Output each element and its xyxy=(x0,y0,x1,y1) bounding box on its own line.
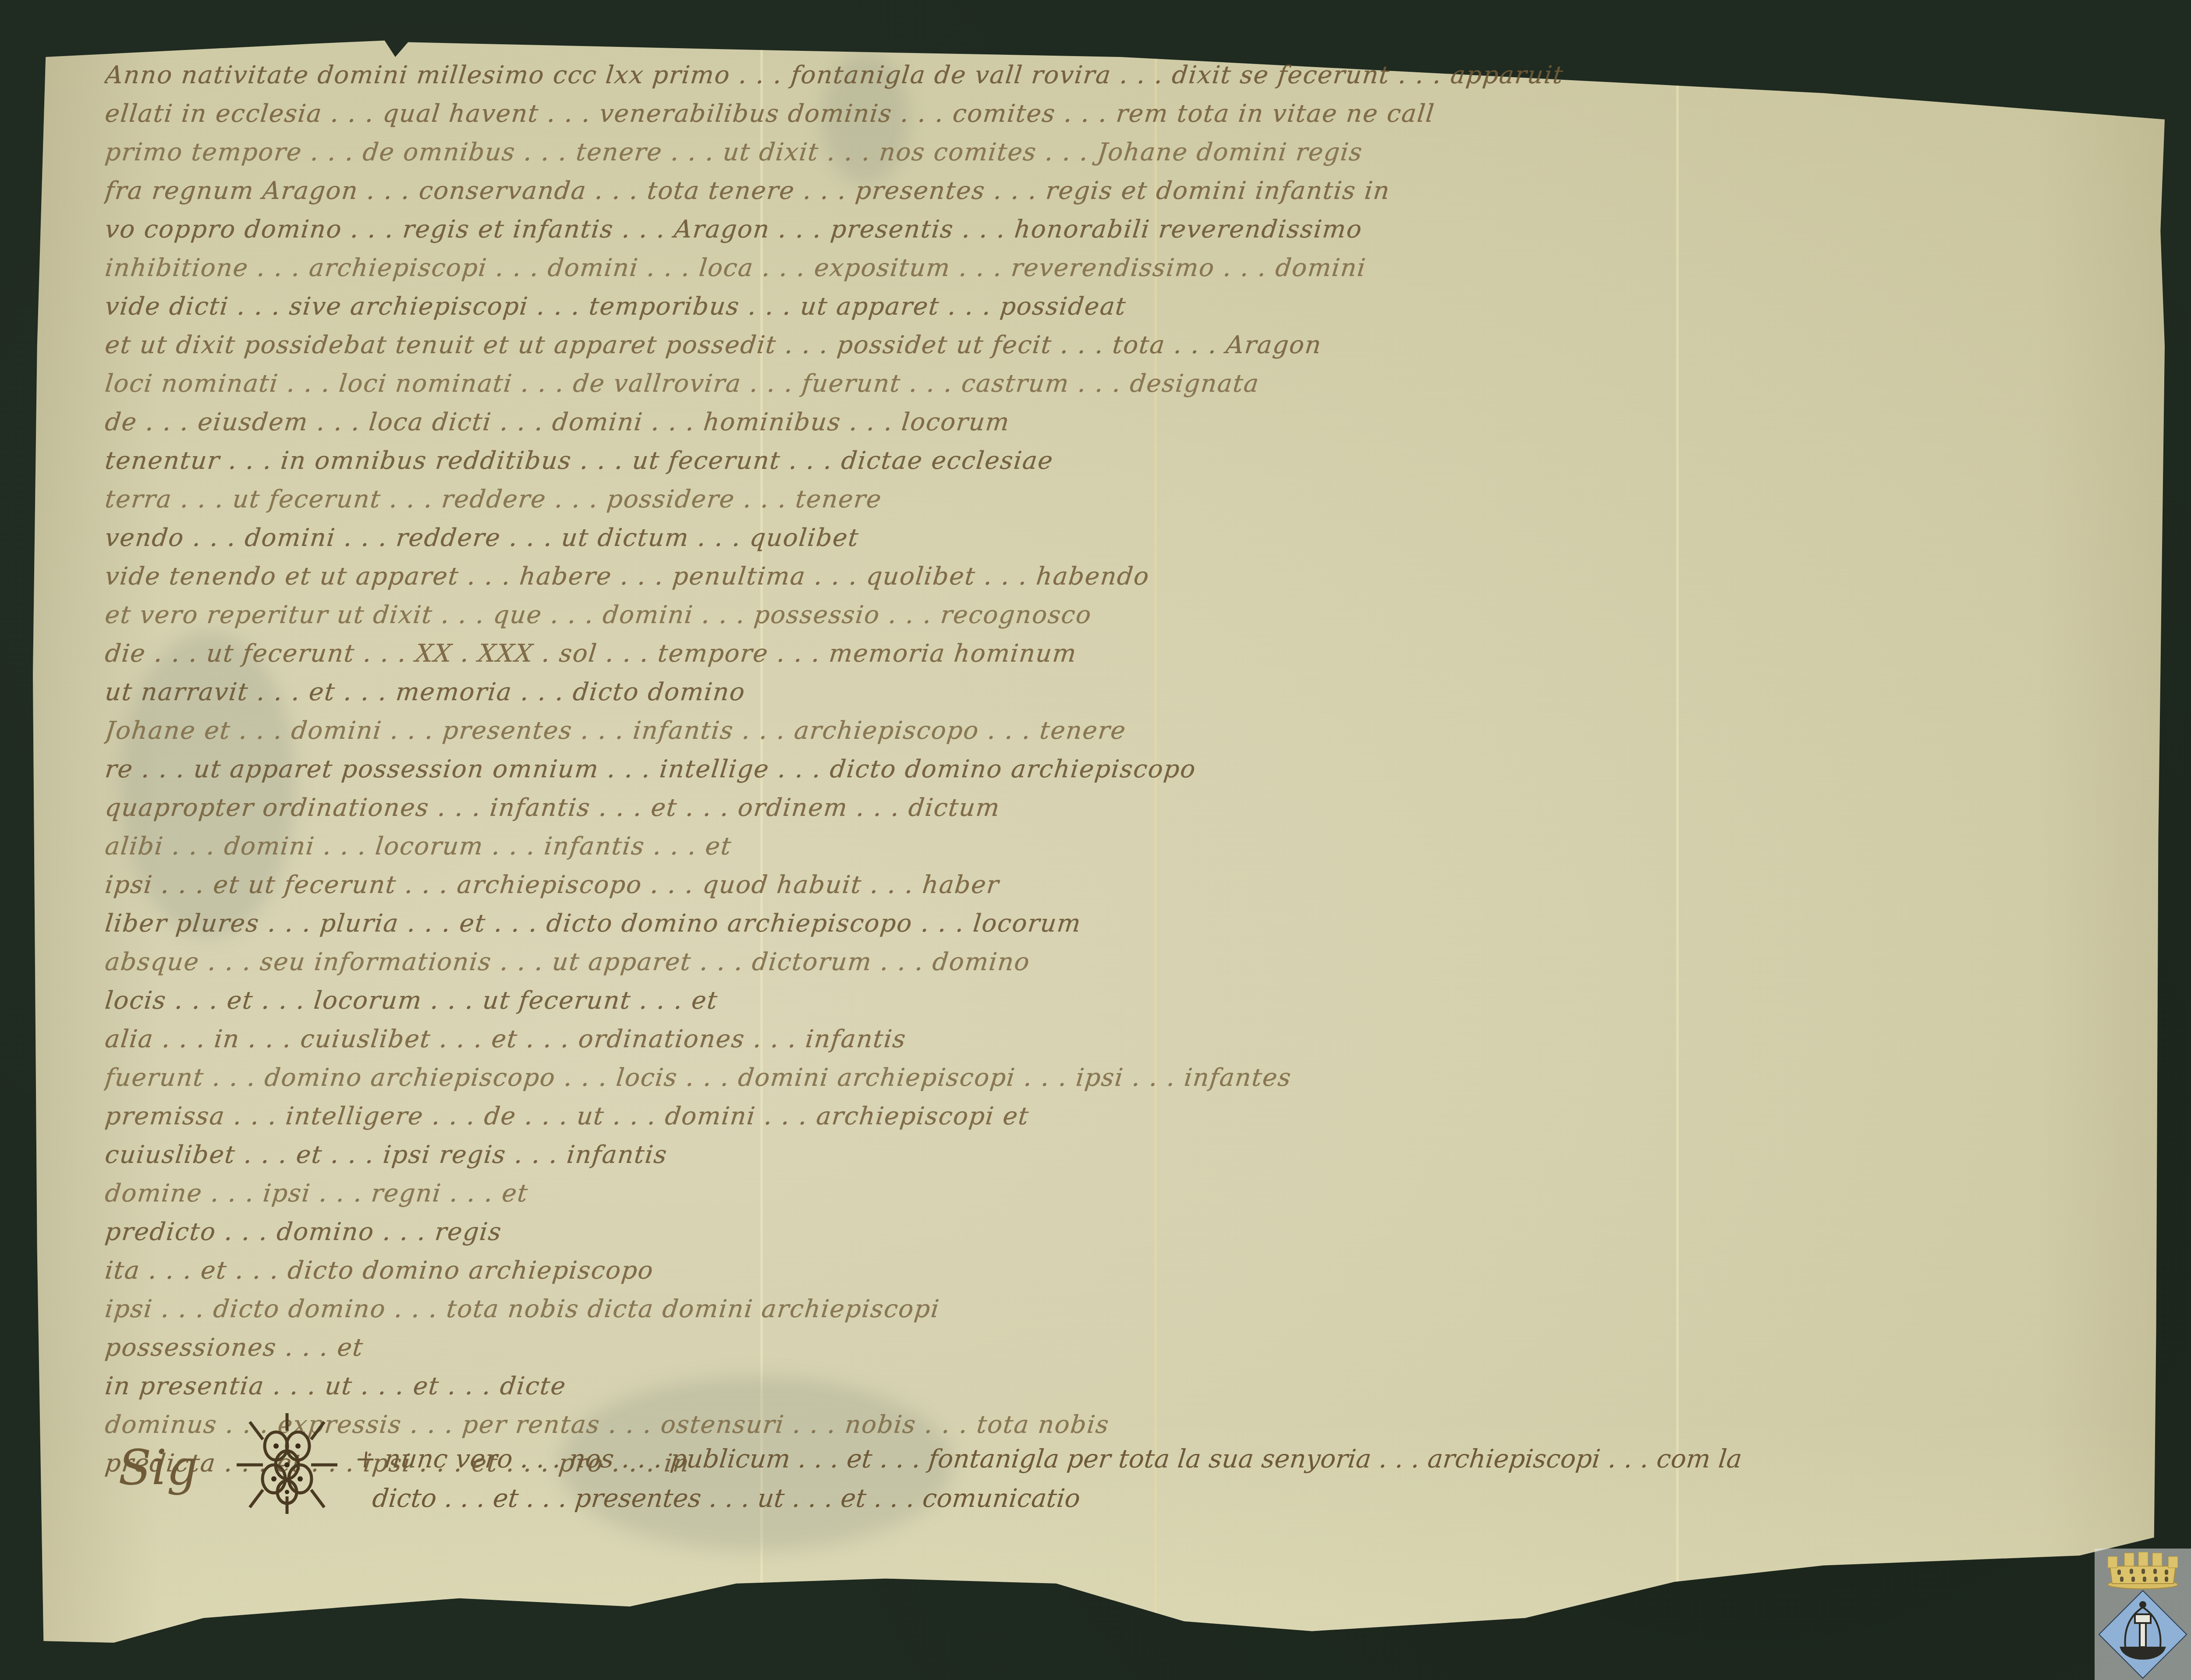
text-line: tenentur . . . in omnibus redditibus . .… xyxy=(103,442,2105,480)
coat-of-arms-icon xyxy=(2095,1549,2191,1680)
text-line: die . . . ut fecerunt . . . XX . XXX . s… xyxy=(103,634,2105,673)
coat-of-arms-emblem xyxy=(2095,1549,2191,1680)
text-line: ita . . . et . . . dicto domino archiepi… xyxy=(103,1251,2105,1290)
signum-initial: Sig xyxy=(118,1439,198,1496)
notarial-signum-block: Sig + nunc vero . . . nos . . . publicum… xyxy=(118,1413,2134,1510)
text-line: inhibitione . . . archiepiscopi . . . do… xyxy=(103,249,2105,287)
text-line: fuerunt . . . domino archiepiscopo . . .… xyxy=(103,1059,2105,1097)
charter-text-block: Anno nativitate domini millesimo ccc lxx… xyxy=(105,56,2103,1483)
text-line: ipsi . . . dicto domino . . . tota nobis… xyxy=(103,1290,2105,1329)
text-line: loci nominati . . . loci nominati . . . … xyxy=(103,365,2105,403)
text-line: vendo . . . domini . . . reddere . . . u… xyxy=(103,519,2105,557)
text-line: et ut dixit possidebat tenuit et ut appa… xyxy=(103,326,2105,365)
text-line: fra regnum Aragon . . . conservanda . . … xyxy=(103,172,2105,210)
text-line: Johane et . . . domini . . . presentes .… xyxy=(103,712,2105,750)
text-line: de . . . eiusdem . . . loca dicti . . . … xyxy=(103,403,2105,442)
text-line: quapropter ordinationes . . . infantis .… xyxy=(103,789,2105,827)
text-line: ut narravit . . . et . . . memoria . . .… xyxy=(103,673,2105,712)
text-line: premissa . . . intelligere . . . de . . … xyxy=(103,1097,2105,1136)
mural-crown-icon xyxy=(2108,1552,2178,1589)
text-line: ipsi . . . et ut fecerunt . . . archiepi… xyxy=(103,866,2105,904)
signum-text-line: dicto . . . et . . . presentes . . . ut … xyxy=(371,1483,1081,1513)
text-line: vide tenendo et ut apparet . . . habere … xyxy=(103,557,2105,596)
text-line: liber plures . . . pluria . . . et . . .… xyxy=(103,904,2105,943)
text-line: domine . . . ipsi . . . regni . . . et xyxy=(103,1174,2105,1213)
signum-text-line: + nunc vero . . . nos . . . publicum . .… xyxy=(353,1444,1743,1474)
text-line: alibi . . . domini . . . locorum . . . i… xyxy=(103,827,2105,866)
text-line: ellati in ecclesia . . . qual havent . .… xyxy=(103,95,2105,133)
text-line: in presentia . . . ut . . . et . . . dic… xyxy=(103,1367,2105,1406)
text-line: vide dicti . . . sive archiepiscopi . . … xyxy=(103,287,2105,326)
text-line: vo coppro domino . . . regis et infantis… xyxy=(103,210,2105,249)
text-line: absque . . . seu informationis . . . ut … xyxy=(103,943,2105,982)
notarial-signum-rosette-icon xyxy=(237,1413,337,1514)
text-line: Anno nativitate domini millesimo ccc lxx… xyxy=(103,56,2105,95)
text-line: terra . . . ut fecerunt . . . reddere . … xyxy=(103,480,2105,519)
text-line: locis . . . et . . . locorum . . . ut fe… xyxy=(103,982,2105,1020)
text-line: primo tempore . . . de omnibus . . . ten… xyxy=(103,133,2105,172)
text-line: alia . . . in . . . cuiuslibet . . . et … xyxy=(103,1020,2105,1059)
text-line: possessiones . . . et xyxy=(103,1329,2105,1367)
text-line: predicto . . . domino . . . regis xyxy=(103,1213,2105,1251)
text-line: cuiuslibet . . . et . . . ipsi regis . .… xyxy=(103,1136,2105,1174)
text-line: et vero reperitur ut dixit . . . que . .… xyxy=(103,596,2105,634)
text-line: re . . . ut apparet possession omnium . … xyxy=(103,750,2105,789)
